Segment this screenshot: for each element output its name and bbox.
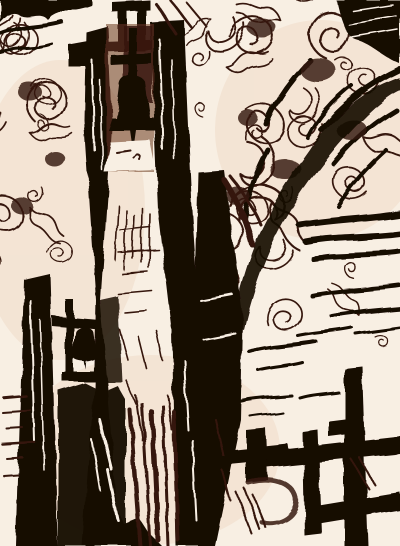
artwork-canvas (0, 0, 400, 546)
gantry-top-bar (112, 0, 150, 12)
tower-bell-body (116, 76, 150, 119)
small-belfry-ledge (62, 372, 102, 381)
cloud-blob (18, 83, 42, 101)
margin-tick (4, 475, 18, 476)
margin-tick (8, 459, 24, 460)
cloud-blob (300, 58, 336, 82)
belfry (104, 24, 158, 172)
small-bell (73, 328, 97, 362)
cloud-blob (248, 18, 276, 38)
hatch (141, 208, 142, 262)
margin-tick (6, 427, 22, 428)
cloud-blob (11, 198, 33, 214)
ink-drawing (0, 0, 400, 546)
cloud-blob (238, 110, 258, 126)
small-belfry-post (66, 300, 74, 378)
cloud-blob (46, 152, 66, 168)
tower-bell-mouth (108, 118, 158, 130)
belfry-sill (104, 140, 156, 172)
bell-hanger-strap (129, 28, 137, 78)
bell-hanger-beam (112, 54, 152, 66)
cross-stub (328, 418, 344, 436)
tower-step-block (68, 40, 90, 66)
hatch (149, 214, 150, 268)
